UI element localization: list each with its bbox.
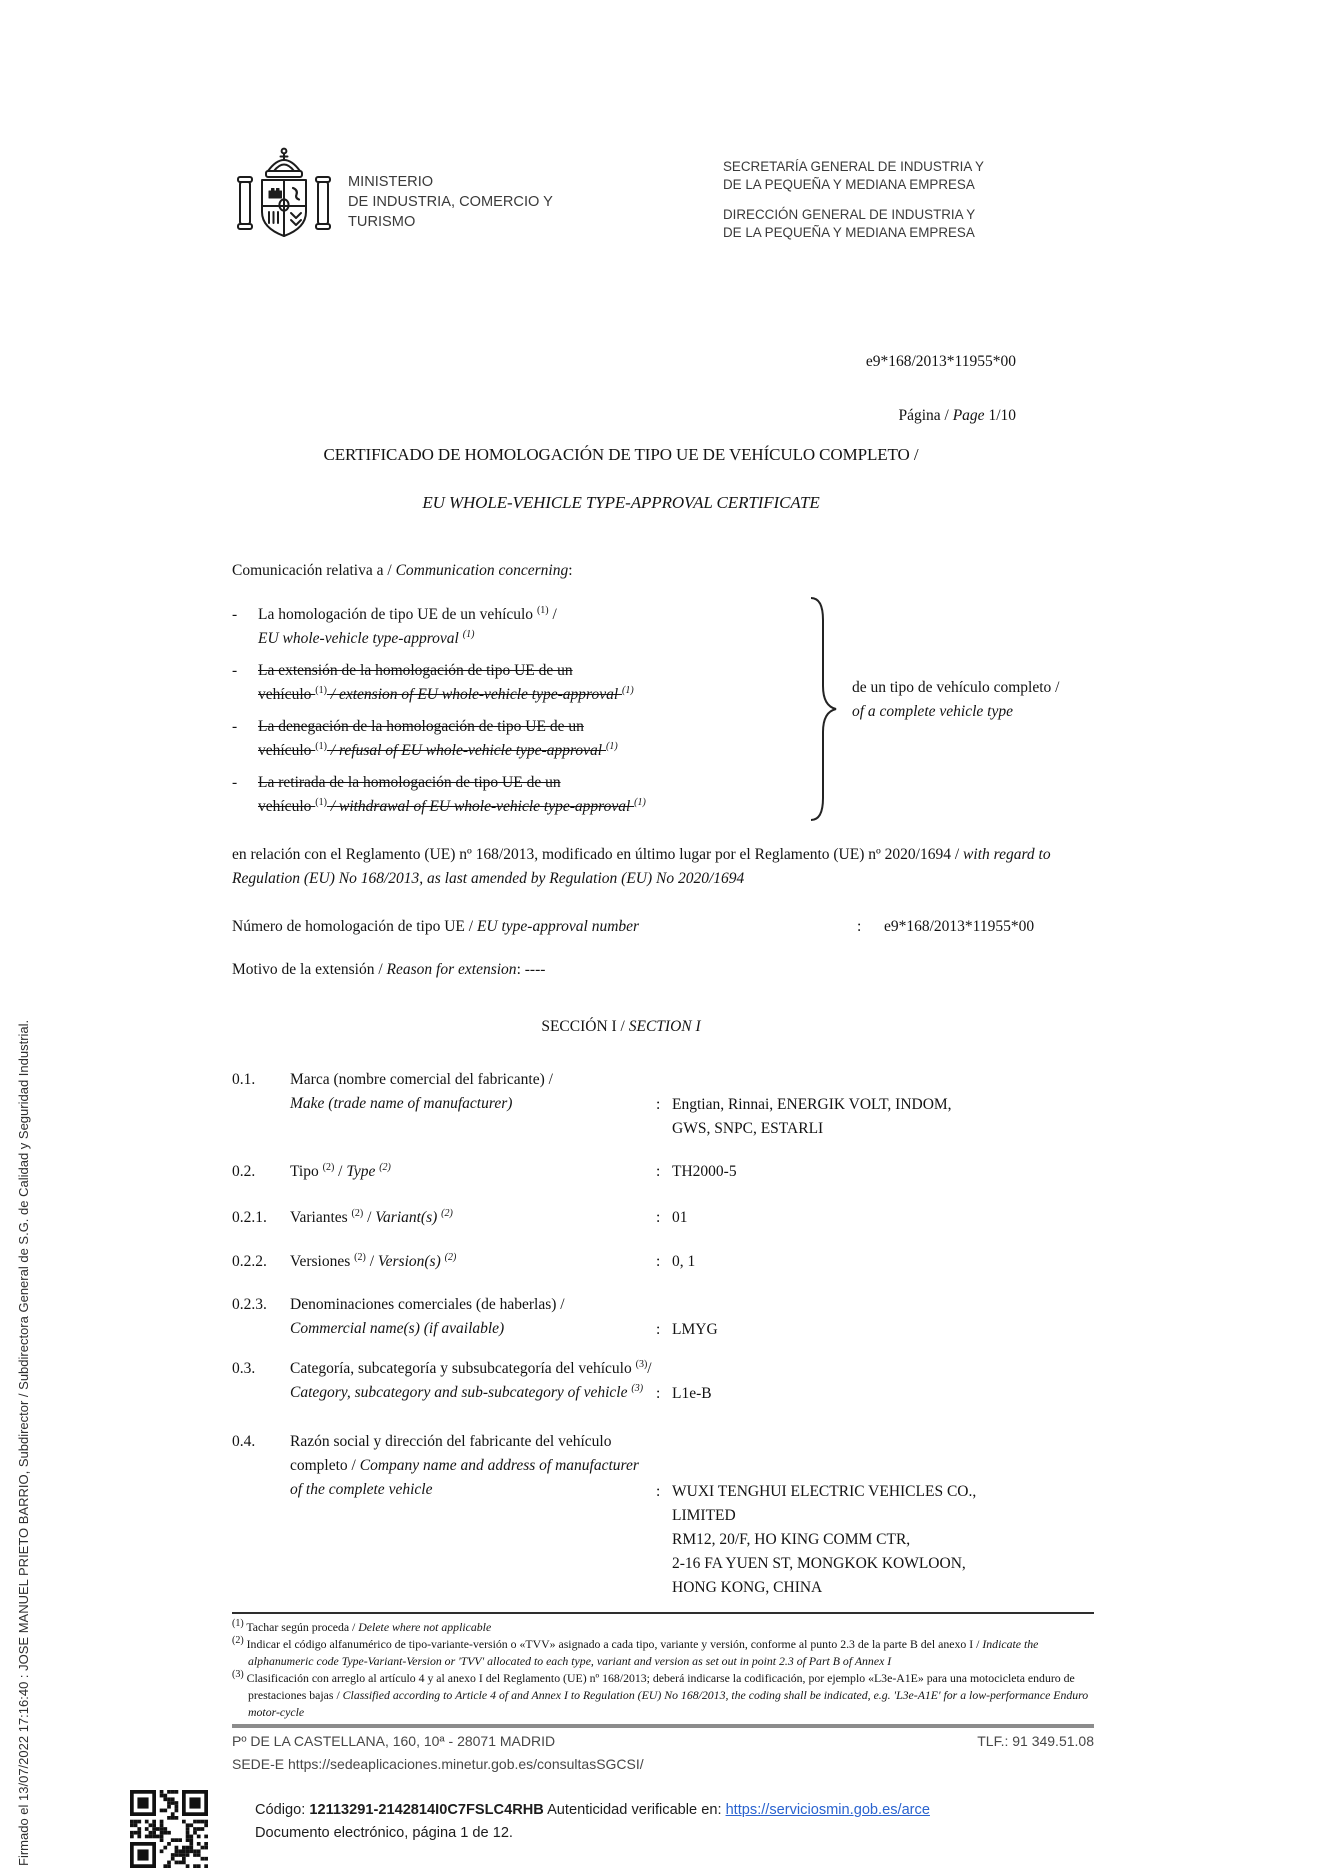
communication-item-4: La retirada de la homologación de tipo U…: [258, 771, 728, 819]
extension-label-es: Motivo de la extensión /: [232, 961, 387, 978]
communication-intro-es: Comunicación relativa a /: [232, 562, 396, 579]
footnotes-divider: [232, 1612, 1094, 1614]
row-0-2-1-sup2: (2): [441, 1208, 453, 1219]
ministry-line-2: DE INDUSTRIA, COMERCIO Y: [348, 192, 553, 212]
footer-address-line: TLF.: 91 349.51.08 Pº DE LA CASTELLANA, …: [232, 1731, 1094, 1752]
bullet-dash: -: [232, 659, 237, 683]
footnotes: (1) Tachar según proceda / Delete where …: [232, 1619, 1098, 1721]
row-0-2-1-sup1: (2): [352, 1208, 364, 1219]
row-0-1-value-line1: Engtian, Rinnai, ENERGIK VOLT, INDOM,: [672, 1093, 1092, 1117]
row-0-1-colon: :: [656, 1093, 660, 1117]
row-0-2-1-sep: /: [363, 1209, 375, 1226]
item3-es-line2: vehículo: [258, 742, 315, 759]
page-value: 1/10: [985, 407, 1016, 424]
extension-label-en: Reason for extension: [387, 961, 517, 978]
spain-coat-of-arms-icon: [236, 146, 332, 253]
row-0-3-sup1: (3): [636, 1359, 648, 1370]
page-label-en: Page: [953, 407, 985, 424]
footer-doc-line: Documento electrónico, página 1 de 12.: [255, 1822, 513, 1845]
footer-sede-line: SEDE-E https://sedeaplicaciones.minetur.…: [232, 1754, 644, 1775]
curly-brace-icon: [808, 596, 840, 827]
row-0-2-2-sup2: (2): [445, 1252, 457, 1263]
page-label-es: Página /: [898, 407, 952, 424]
row-0-4-value: WUXI TENGHUI ELECTRIC VEHICLES CO., LIMI…: [672, 1480, 1092, 1600]
approval-row-label: Número de homologación de tipo UE / EU t…: [232, 915, 639, 939]
footnote-3-en: Classified according to Article 4 of and…: [248, 1688, 1088, 1719]
row-0-4-colon: :: [656, 1480, 660, 1504]
auth-text: Autenticidad verificable en:: [544, 1802, 726, 1818]
bullet-dash: -: [232, 603, 237, 627]
row-0-3-label: Categoría, subcategoría y subsubcategorí…: [290, 1357, 670, 1405]
item2-sup1: (1): [315, 685, 327, 696]
row-0-2-sup2: (2): [379, 1162, 391, 1173]
secretariat-line-1: SECRETARÍA GENERAL DE INDUSTRIA Y: [723, 158, 1023, 176]
communication-intro: Comunicación relativa a / Communication …: [232, 559, 573, 583]
footer-divider-bar: [232, 1724, 1094, 1728]
item1-en: EU whole-vehicle type-approval: [258, 630, 463, 647]
row-0-3-slash: /: [647, 1360, 651, 1377]
bullet-dash: -: [232, 715, 237, 739]
approval-number-top: e9*168/2013*11955*00: [232, 350, 1016, 374]
row-0-2-num: 0.2.: [232, 1160, 255, 1184]
brace-note-es: de un tipo de vehículo completo /: [852, 676, 1112, 700]
approval-row-label-es: Número de homologación de tipo UE /: [232, 918, 477, 935]
row-0-2-2-sup1: (2): [354, 1252, 366, 1263]
row-0-3-colon: :: [656, 1382, 660, 1406]
item3-en: / refusal of EU whole-vehicle type-appro…: [327, 742, 606, 759]
row-0-4-value-line1: WUXI TENGHUI ELECTRIC VEHICLES CO.,: [672, 1480, 1092, 1504]
row-0-2-2-colon: :: [656, 1250, 660, 1274]
item1-sup1: (1): [537, 605, 549, 616]
regulation-paragraph: en relación con el Reglamento (UE) nº 16…: [232, 843, 1096, 891]
row-0-2-3-label: Denominaciones comerciales (de haberlas)…: [290, 1293, 660, 1341]
row-0-2-label-es: Tipo: [290, 1163, 323, 1180]
row-0-2-1-num: 0.2.1.: [232, 1206, 267, 1230]
ministry-line-1: MINISTERIO: [348, 172, 553, 192]
row-0-2-3-label-en: Commercial name(s) (if available): [290, 1317, 660, 1341]
row-0-4-label-line1: Razón social y dirección del fabricante …: [290, 1430, 670, 1454]
row-0-2-3-colon: :: [656, 1318, 660, 1342]
row-0-4-label-line3: of the complete vehicle: [290, 1478, 670, 1502]
item1-slash: /: [549, 606, 557, 623]
row-0-4-value-line5: HONG KONG, CHINA: [672, 1576, 1092, 1600]
item4-sup2: (1): [634, 797, 646, 808]
section1-title-en: SECTION I: [629, 1018, 701, 1035]
footnote-1-es: Tachar según proceda /: [246, 1620, 358, 1634]
row-0-1-num: 0.1.: [232, 1068, 255, 1092]
footnote-1: (1) Tachar según proceda / Delete where …: [232, 1619, 1098, 1636]
row-0-2-3-label-es: Denominaciones comerciales (de haberlas)…: [290, 1293, 660, 1317]
row-0-3-num: 0.3.: [232, 1357, 255, 1381]
row-0-2-colon: :: [656, 1160, 660, 1184]
item2-sup2: (1): [622, 685, 634, 696]
item3-es-line1: La denegación de la homologación de tipo…: [258, 718, 584, 735]
code-label: Código:: [255, 1802, 309, 1818]
row-0-4-num: 0.4.: [232, 1430, 255, 1454]
row-0-3-value: L1e-B: [672, 1382, 712, 1406]
row-0-2-sup1: (2): [323, 1162, 335, 1173]
ministry-line-3: TURISMO: [348, 212, 553, 232]
row-0-2-value: TH2000-5: [672, 1160, 737, 1184]
communication-item-3: La denegación de la homologación de tipo…: [258, 715, 728, 763]
bullet-dash: -: [232, 771, 237, 795]
row-0-2-2-num: 0.2.2.: [232, 1250, 267, 1274]
row-0-2-1-colon: :: [656, 1206, 660, 1230]
communication-item-1: La homologación de tipo UE de un vehícul…: [258, 603, 728, 651]
row-0-2-2-label-en: Version(s): [378, 1253, 445, 1270]
section1-title-es: SECCIÓN I /: [541, 1018, 628, 1035]
row-0-2-2-value: 0, 1: [672, 1250, 695, 1274]
row-0-2-3-value: LMYG: [672, 1318, 718, 1342]
item2-es-line1: La extensión de la homologación de tipo …: [258, 662, 573, 679]
row-0-1-label-es: Marca (nombre comercial del fabricante) …: [290, 1068, 660, 1092]
auth-link[interactable]: https://serviciosmin.gob.es/arce: [726, 1802, 930, 1818]
item4-es-line2: vehículo: [258, 798, 315, 815]
secretariat-line-2: DE LA PEQUEÑA Y MEDIANA EMPRESA: [723, 176, 1023, 194]
approval-row-value: e9*168/2013*11955*00: [884, 915, 1034, 939]
footer-phone: TLF.: 91 349.51.08: [977, 1731, 1094, 1752]
row-0-1-label-en: Make (trade name of manufacturer): [290, 1092, 660, 1116]
footnote-2-marker: (2): [232, 1635, 244, 1646]
footnote-2: (2) Indicar el código alfanumérico de ti…: [232, 1636, 1098, 1670]
brace-note: de un tipo de vehículo completo / of a c…: [852, 676, 1112, 724]
row-0-4-label-line2a: completo /: [290, 1457, 360, 1474]
directorate-line-1: DIRECCIÓN GENERAL DE INDUSTRIA Y: [723, 206, 1023, 224]
item3-sup1: (1): [315, 741, 327, 752]
item2-en: / extension of EU whole-vehicle type-app…: [327, 686, 622, 703]
extension-value: ----: [521, 961, 546, 978]
code-value: 12113291-2142814I0C7FSLC4RHB: [309, 1802, 543, 1818]
row-0-2-1-label-en: Variant(s): [375, 1209, 441, 1226]
item1-sup2: (1): [463, 629, 475, 640]
footnote-3: (3) Clasificación con arreglo al artícul…: [232, 1670, 1098, 1721]
ministry-name: MINISTERIO DE INDUSTRIA, COMERCIO Y TURI…: [348, 172, 553, 232]
row-0-4-label-line2b: Company name and address of manufacturer: [360, 1457, 639, 1474]
header-right-block: SECRETARÍA GENERAL DE INDUSTRIA Y DE LA …: [723, 158, 1023, 242]
row-0-1-label: Marca (nombre comercial del fabricante) …: [290, 1068, 660, 1116]
item2-es-line2: vehículo: [258, 686, 315, 703]
item1-es: La homologación de tipo UE de un vehícul…: [258, 606, 537, 623]
row-0-3-label-es: Categoría, subcategoría y subsubcategorí…: [290, 1360, 636, 1377]
certificate-title-en: EU WHOLE-VEHICLE TYPE-APPROVAL CERTIFICA…: [232, 493, 1010, 513]
certificate-page: Firmado el 13/07/2022 17:16:40 : JOSE MA…: [0, 0, 1322, 1869]
item4-sup1: (1): [315, 797, 327, 808]
row-0-4-value-line3: RM12, 20/F, HO KING COMM CTR,: [672, 1528, 1092, 1552]
row-0-2-2-label: Versiones (2) / Version(s) (2): [290, 1250, 456, 1274]
row-0-2-1-label: Variantes (2) / Variant(s) (2): [290, 1206, 453, 1230]
row-0-3-sup2: (3): [631, 1383, 643, 1394]
row-0-2-label-en: Type: [346, 1163, 379, 1180]
item4-es-line1: La retirada de la homologación de tipo U…: [258, 774, 561, 791]
row-0-4-value-line4: 2-16 FA YUEN ST, MONGKOK KOWLOON,: [672, 1552, 1092, 1576]
extension-reason-row: Motivo de la extensión / Reason for exte…: [232, 958, 545, 982]
item3-sup2: (1): [606, 741, 618, 752]
footnote-1-en: Delete where not applicable: [358, 1620, 491, 1634]
communication-intro-en: Communication concerning: [396, 562, 569, 579]
certificate-title-es: CERTIFICADO DE HOMOLOGACIÓN DE TIPO UE D…: [232, 445, 1010, 465]
approval-row-colon: :: [857, 915, 861, 939]
row-0-2-sep: /: [334, 1163, 346, 1180]
footnote-3-marker: (3): [232, 1669, 244, 1680]
page-indicator: Página / Page 1/10: [232, 404, 1016, 428]
row-0-1-value: Engtian, Rinnai, ENERGIK VOLT, INDOM, GW…: [672, 1093, 1092, 1141]
footnote-2-es: Indicar el código alfanumérico de tipo-v…: [247, 1637, 983, 1651]
row-0-2-1-label-es: Variantes: [290, 1209, 352, 1226]
footnote-1-marker: (1): [232, 1618, 244, 1629]
row-0-4-label: Razón social y dirección del fabricante …: [290, 1430, 670, 1502]
row-0-1-value-line2: GWS, SNPC, ESTARLI: [672, 1117, 1092, 1141]
item4-en: / withdrawal of EU whole-vehicle type-ap…: [327, 798, 634, 815]
row-0-2-3-num: 0.2.3.: [232, 1293, 267, 1317]
row-0-2-2-label-es: Versiones: [290, 1253, 354, 1270]
row-0-2-2-sep: /: [366, 1253, 378, 1270]
communication-item-2: La extensión de la homologación de tipo …: [258, 659, 728, 707]
approval-row-label-en: EU type-approval number: [477, 918, 639, 935]
footer-address: Pº DE LA CASTELLANA, 160, 10ª - 28071 MA…: [232, 1733, 555, 1749]
brace-note-en: of a complete vehicle type: [852, 700, 1112, 724]
communication-intro-colon: :: [568, 562, 572, 579]
row-0-2-1-value: 01: [672, 1206, 688, 1230]
section1-title: SECCIÓN I / SECTION I: [232, 1015, 1010, 1039]
regulation-es: en relación con el Reglamento (UE) nº 16…: [232, 846, 963, 863]
row-0-2-label: Tipo (2) / Type (2): [290, 1160, 391, 1184]
qr-code: [130, 1790, 208, 1869]
directorate-line-2: DE LA PEQUEÑA Y MEDIANA EMPRESA: [723, 224, 1023, 242]
row-0-4-value-line2: LIMITED: [672, 1504, 1092, 1528]
row-0-3-label-en: Category, subcategory and sub-subcategor…: [290, 1384, 631, 1401]
signature-sidebar-text: Firmado el 13/07/2022 17:16:40 : JOSE MA…: [16, 1020, 31, 1866]
footer-code-line: Código: 12113291-2142814I0C7FSLC4RHB Aut…: [255, 1799, 1305, 1822]
